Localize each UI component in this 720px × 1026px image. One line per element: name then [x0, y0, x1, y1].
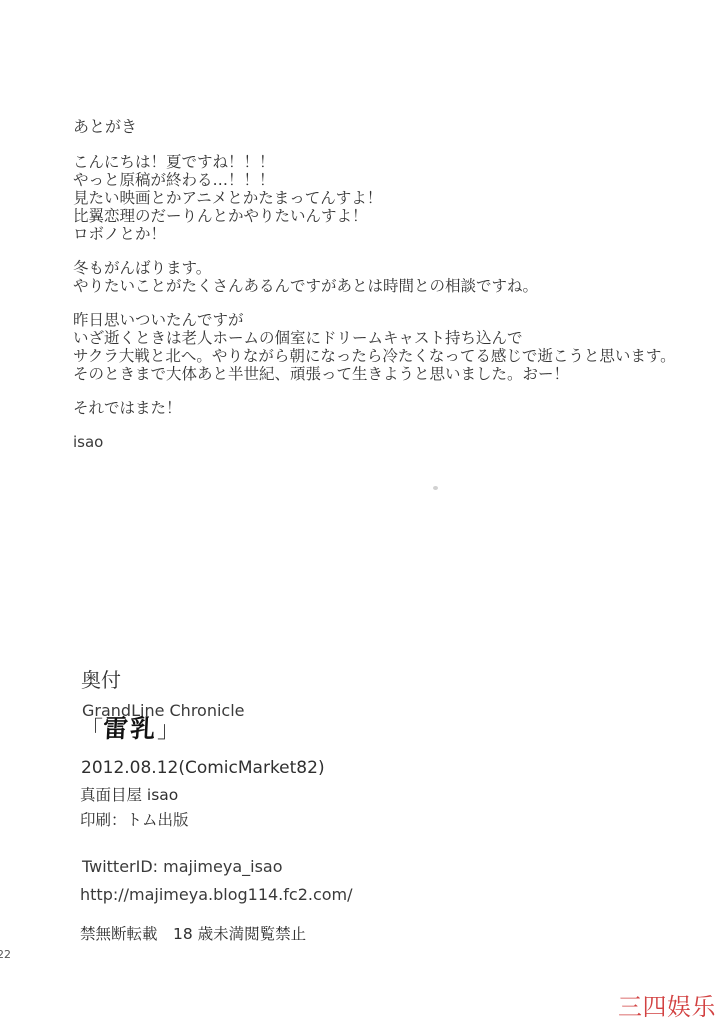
- afterword-line: それではまた！: [73, 399, 703, 417]
- colophon-heading: 奥付: [81, 668, 121, 692]
- colophon-blog-url: http://majimeya.blog114.fc2.com/: [80, 885, 353, 904]
- scanlation-watermark: 三四娱乐: [618, 994, 716, 1020]
- colophon-date-event: 2012.08.12(ComicMarket82): [81, 758, 325, 778]
- afterword-line: やっと原稿が終わる…！！！: [73, 171, 703, 189]
- afterword-paragraph-winter: 冬もがんばります。 やりたいことがたくさんあるんですがあとは時間との相談ですね。: [73, 259, 703, 295]
- afterword-line: 冬もがんばります。: [73, 259, 703, 277]
- afterword-line: やりたいことがたくさんあるんですがあとは時間との相談ですね。: [73, 277, 703, 295]
- scanned-doujinshi-afterword-page: あとがき こんにちは！夏ですね！！！ やっと原稿が終わる…！！！ 見たい映画とか…: [0, 0, 720, 1026]
- afterword-line: 比翼恋理のだーりんとかやりたいんすよ！: [73, 207, 703, 225]
- afterword-line: いざ逝くときは老人ホームの個室にドリームキャスト持ち込んで: [73, 329, 703, 347]
- afterword-paragraph-farewell: それではまた！: [73, 399, 703, 417]
- colophon-copyright-notice: 禁無断転載 18 歳未満閲覧禁止: [80, 925, 306, 944]
- page-number: 22: [0, 948, 11, 961]
- colophon-printer: 印刷：トム出版: [80, 811, 189, 830]
- colophon-twitter-id: TwitterID: majimeya_isao: [82, 857, 283, 876]
- scan-speck: [433, 486, 438, 490]
- colophon-circle-name: 真面目屋 isao: [80, 786, 178, 805]
- colophon-book-title: 「雷乳」: [80, 714, 180, 745]
- title-open-bracket: 「: [80, 717, 103, 743]
- afterword-line: サクラ大戦と北へ。やりながら朝になったら冷たくなってる感じで逝こうと思います。: [73, 347, 703, 365]
- afterword-line: 見たい映画とかアニメとかたまってんすよ！: [73, 189, 703, 207]
- title-close-bracket: 」: [157, 717, 180, 743]
- author-signature: isao: [73, 433, 703, 451]
- afterword-title: あとがき: [73, 117, 137, 137]
- title-brush-text: 雷乳: [102, 714, 158, 744]
- afterword-signature: isao: [73, 433, 703, 451]
- afterword-line: 昨日思いついたんですが: [73, 311, 703, 329]
- afterword-paragraph-dreamcast: 昨日思いついたんですが いざ逝くときは老人ホームの個室にドリームキャスト持ち込ん…: [73, 311, 703, 383]
- afterword-line: こんにちは！夏ですね！！！: [73, 153, 703, 171]
- afterword-line: ロボノとか！: [73, 225, 703, 243]
- afterword-body: こんにちは！夏ですね！！！ やっと原稿が終わる…！！！ 見たい映画とかアニメとか…: [73, 153, 703, 467]
- afterword-line: そのときまで大体あと半世紀、頑張って生きようと思いました。おー！: [73, 365, 703, 383]
- afterword-paragraph-greeting: こんにちは！夏ですね！！！ やっと原稿が終わる…！！！ 見たい映画とかアニメとか…: [73, 153, 703, 243]
